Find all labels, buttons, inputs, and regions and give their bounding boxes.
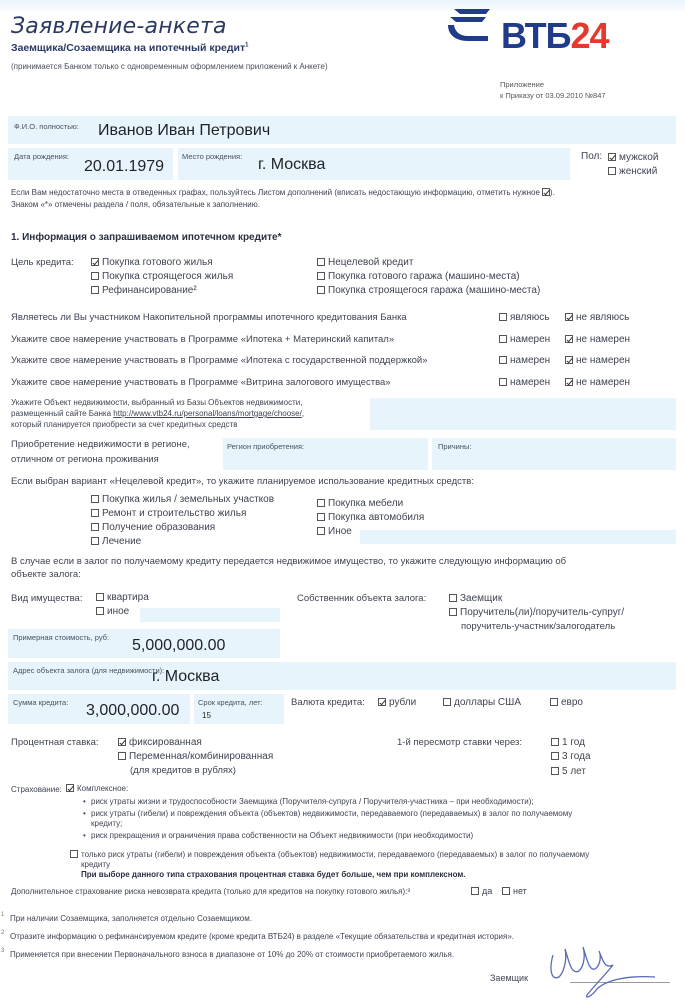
option-label: намерен	[510, 334, 550, 345]
insurance-bullet-continuation: кредиту;	[91, 819, 122, 828]
checkbox-icon[interactable]	[118, 752, 126, 760]
checkbox-icon[interactable]	[91, 495, 99, 503]
logo-text: ВТБ24	[501, 15, 609, 57]
purpose-option-5[interactable]: Покупка строящегося гаража (машино-места…	[317, 285, 540, 296]
collateral-text-1: В случае если в залог по получаемому кре…	[11, 556, 566, 567]
footnote-mark: 1	[1, 912, 4, 918]
purpose-label: Цель кредита:	[11, 257, 74, 268]
section-heading: 1. Информация о запрашиваемом ипотечном …	[11, 232, 281, 243]
option-label: фиксированная	[129, 737, 202, 748]
currency-label: Валюта кредита:	[291, 697, 365, 708]
option-label: рубли	[389, 697, 416, 708]
address-label: Адрес объекта залога (для недвижимости):	[13, 666, 164, 675]
logo-24: 24	[571, 15, 609, 56]
checkbox-icon[interactable]	[550, 698, 558, 706]
footnote-1: При наличии Созаемщика, заполняется отде…	[10, 914, 252, 923]
term-value: 15	[202, 711, 211, 720]
footnote-mark: 2	[1, 930, 4, 936]
region-label: Регион приобретения:	[227, 442, 304, 451]
review-option-1y[interactable]: 1 год	[551, 737, 585, 748]
form-title: Заявление-анкета	[11, 14, 227, 39]
checkbox-icon[interactable]	[91, 272, 99, 280]
nontarget-option-3[interactable]: Лечение	[91, 536, 141, 547]
checkbox-checked-icon[interactable]	[378, 698, 386, 706]
property-other-field[interactable]	[140, 608, 280, 622]
checkbox-icon[interactable]	[551, 752, 559, 760]
nontarget-option-1[interactable]: Ремонт и строительство жилья	[91, 508, 246, 519]
checkbox-icon[interactable]	[499, 313, 507, 321]
dob-field[interactable]: Дата рождения: 20.01.1979	[8, 148, 173, 180]
extra-no-option[interactable]: нет	[502, 886, 527, 896]
logo-vtb: ВТБ	[501, 15, 571, 56]
owner-guarantor-line2: поручитель-участник/залогодатель	[461, 621, 615, 632]
program-2-no[interactable]: не намерен	[565, 355, 630, 366]
currency-usd-option[interactable]: доллары США	[443, 697, 521, 708]
term-label: Срок кредита, лет:	[198, 698, 263, 707]
form-subtitle: Заемщика/Созаемщика на ипотечный кредит1	[11, 42, 248, 54]
program-3-yes[interactable]: намерен	[499, 377, 550, 388]
option-label: Рефинансирование²	[102, 285, 197, 296]
object-text-1: Укажите Объект недвижимости, выбранный и…	[11, 398, 302, 407]
footnote-3: Применяется при внесении Первоначального…	[10, 950, 454, 959]
cost-value: 5,000,000.00	[132, 637, 225, 655]
checkbox-icon[interactable]	[608, 167, 616, 175]
option-label: Лечение	[102, 536, 141, 547]
object-text-2: размещенный сайте Банка http://www.vtb24…	[11, 409, 304, 418]
owner-label: Собственник объекта залога:	[297, 593, 426, 604]
owner-guarantor-option[interactable]: Поручитель(ли)/поручитель-супруг/	[449, 607, 624, 618]
option-label: квартира	[107, 592, 149, 603]
cost-field[interactable]: Примерная стоимость, руб: 5,000,000.00	[8, 629, 280, 658]
review-option-3y[interactable]: 3 года	[551, 751, 591, 762]
checkbox-icon[interactable]	[91, 509, 99, 517]
option-label: Поручитель(ли)/поручитель-супруг/	[460, 607, 624, 618]
checkbox-icon[interactable]	[70, 850, 78, 858]
program-1-yes[interactable]: намерен	[499, 334, 550, 345]
pob-field[interactable]: Место рождения: г. Москва	[178, 148, 570, 180]
checkbox-icon[interactable]	[443, 698, 451, 706]
option-label: Покупка автомобиля	[328, 512, 424, 523]
program-question-1: Укажите свое намерение участвовать в Про…	[11, 334, 394, 345]
option-label: Заемщик	[460, 593, 502, 604]
checkbox-icon[interactable]	[449, 594, 457, 602]
checkbox-icon[interactable]	[317, 499, 325, 507]
checkbox-checked-icon[interactable]	[118, 738, 126, 746]
option-label: Иное	[328, 526, 352, 537]
checkbox-icon[interactable]	[91, 523, 99, 531]
nontarget-option-2[interactable]: Получение образования	[91, 522, 215, 533]
term-field[interactable]: Срок кредита, лет: 15	[194, 694, 284, 724]
object-field[interactable]	[370, 398, 676, 430]
checkbox-checked-icon[interactable]	[91, 258, 99, 266]
checkbox-icon[interactable]	[449, 608, 457, 616]
purpose-option-1[interactable]: Покупка строящегося жилья	[91, 271, 233, 282]
option-label: Покупка готового жилья	[102, 257, 213, 268]
footnote-mark: 3	[1, 948, 4, 954]
gender-female-label: женский	[619, 166, 657, 177]
checkbox-icon[interactable]	[551, 767, 559, 775]
region-text-2: отличном от региона проживания	[11, 454, 159, 465]
pob-value: г. Москва	[258, 156, 325, 174]
rate-variable-option[interactable]: Переменная/комбинированная	[118, 751, 273, 762]
rate-fixed-option[interactable]: фиксированная	[118, 737, 202, 748]
option-label: Покупка строящегося жилья	[102, 271, 233, 282]
rate-variable-note: (для кредитов в рублях)	[130, 765, 236, 776]
rate-label: Процентная ставка:	[11, 737, 99, 748]
amount-label: Сумма кредита:	[13, 698, 68, 707]
region-text-1: Приобретение недвижимости в регионе,	[11, 439, 190, 450]
insurance-label: Страхование:	[11, 785, 62, 794]
checkbox-checked-icon[interactable]	[66, 784, 74, 792]
purpose-option-2[interactable]: Рефинансирование²	[91, 285, 197, 296]
option-label: намерен	[510, 377, 550, 388]
option-label: Переменная/комбинированная	[129, 751, 273, 762]
option-label: Покупка строящегося гаража (машино-места…	[328, 285, 540, 296]
object-text-prefix: размещенный сайте Банка	[11, 409, 113, 418]
object-link[interactable]: http://www.vtb24.ru/personal/loans/mortg…	[113, 409, 302, 418]
form-note: (принимается Банком только с одновременн…	[11, 62, 328, 71]
program-question-0: Являетесь ли Вы участником Накопительной…	[11, 312, 407, 323]
fio-label: Ф.И.О. полностью:	[14, 122, 79, 131]
vtb24-logo: ВТБ24	[446, 3, 636, 58]
checkbox-icon[interactable]	[91, 286, 99, 294]
option-label: не являюсь	[576, 312, 629, 323]
collateral-text-2: объекте залога:	[11, 569, 81, 580]
nontarget-text: Если выбран вариант «Нецелевой кредит», …	[11, 476, 474, 487]
option-label: евро	[561, 697, 583, 708]
purpose-option-0[interactable]: Покупка готового жилья	[91, 257, 213, 268]
program-0-yes[interactable]: являюсь	[499, 312, 549, 323]
object-text-suffix: ,	[302, 409, 304, 418]
option-label: не намерен	[576, 334, 630, 345]
checkbox-icon[interactable]	[96, 593, 104, 601]
purpose-option-3[interactable]: Нецелевой кредит	[317, 257, 413, 268]
option-label: Получение образования	[102, 522, 215, 533]
option-label: доллары США	[454, 697, 521, 708]
help-text-line2: Знаком «*» отмечены раздела / поля, обяз…	[11, 200, 260, 209]
help-text-end: ).	[550, 188, 555, 197]
checkbox-icon[interactable]	[317, 258, 325, 266]
signature-label: Заемщик	[490, 973, 528, 983]
program-question-2: Укажите свое намерение участвовать в Про…	[11, 355, 428, 366]
dob-value: 20.01.1979	[84, 158, 164, 176]
option-label: только риск утраты (гибели) и повреждени…	[81, 850, 589, 859]
option-label: 3 года	[562, 751, 591, 762]
purpose-option-4[interactable]: Покупка готового гаража (машино-места)	[317, 271, 520, 282]
gender-male-option[interactable]: мужской	[608, 152, 658, 163]
checkbox-icon[interactable]	[551, 738, 559, 746]
checkbox-icon[interactable]	[317, 272, 325, 280]
appendix-line1: Приложение	[500, 79, 606, 90]
program-1-no[interactable]: не намерен	[565, 334, 630, 345]
option-label: не намерен	[576, 377, 630, 388]
address-field[interactable]: Адрес объекта залога (для недвижимости):…	[8, 662, 676, 690]
insurance-only-option[interactable]: только риск утраты (гибели) и повреждени…	[70, 850, 589, 859]
nontarget-other-field[interactable]	[360, 530, 676, 544]
checkbox-icon[interactable]	[317, 513, 325, 521]
checkbox-icon[interactable]	[96, 607, 104, 615]
checkbox-icon[interactable]	[317, 286, 325, 294]
option-label: иное	[107, 606, 129, 617]
insurance-only-line2: кредиту	[81, 860, 110, 869]
checkbox-checked-icon[interactable]	[608, 153, 616, 161]
object-text-3: который планируется приобрести за счет к…	[11, 420, 237, 429]
extra-insurance-label: Дополнительное страхование риска невозвр…	[11, 887, 410, 896]
option-label: намерен	[510, 355, 550, 366]
program-3-no[interactable]: не намерен	[565, 377, 630, 388]
option-label: являюсь	[510, 312, 549, 323]
property-type-label: Вид имущества:	[11, 593, 82, 604]
region-field[interactable]: Регион приобретения:	[223, 438, 428, 470]
gender-male-label: мужской	[619, 152, 658, 163]
program-2-yes[interactable]: намерен	[499, 355, 550, 366]
gender-female-option[interactable]: женский	[608, 166, 657, 177]
currency-eur-option[interactable]: евро	[550, 697, 583, 708]
nontarget-option-6[interactable]: Иное	[317, 526, 352, 537]
checkbox-icon[interactable]	[471, 887, 479, 895]
program-question-3: Укажите свое намерение участвовать в Про…	[11, 377, 391, 388]
help-text: Если Вам недостаточно места в отведенных…	[11, 188, 540, 197]
amount-field[interactable]: Сумма кредита: 3,000,000.00	[8, 694, 190, 724]
option-label: Покупка жилья / земельных участков	[102, 494, 274, 505]
fio-field[interactable]: Ф.И.О. полностью: Иванов Иван Петрович	[8, 116, 676, 144]
review-option-5y[interactable]: 5 лет	[551, 766, 586, 777]
vtb-logo-icon	[446, 5, 496, 45]
option-label: 1 год	[562, 737, 585, 748]
option-label: Покупка готового гаража (машино-места)	[328, 271, 520, 282]
review-label: 1-й пересмотр ставки через:	[397, 737, 522, 748]
checkbox-icon[interactable]	[502, 887, 510, 895]
program-0-no[interactable]: не являюсь	[565, 312, 629, 323]
option-label: нет	[513, 886, 527, 896]
help-text-line1: Если Вам недостаточно места в отведенных…	[11, 188, 555, 197]
option-label: Нецелевой кредит	[328, 257, 413, 268]
checkbox-icon[interactable]	[317, 527, 325, 535]
owner-borrower-option[interactable]: Заемщик	[449, 593, 502, 604]
appendix-note: Приложение к Приказу от 03.09.2010 №847	[500, 79, 606, 101]
appendix-line2: к Приказу от 03.09.2010 №847	[500, 90, 606, 101]
checkbox-icon[interactable]	[91, 537, 99, 545]
fio-value: Иванов Иван Петрович	[98, 122, 270, 140]
amount-value: 3,000,000.00	[86, 702, 179, 720]
footnote-ref: 1	[245, 43, 248, 49]
checkbox-checked-icon[interactable]	[565, 378, 573, 386]
option-label: да	[482, 886, 492, 896]
checkbox-checked-icon	[542, 188, 550, 196]
extra-yes-option[interactable]: да	[471, 886, 492, 896]
option-label: Комплексное:	[77, 784, 128, 793]
reasons-label: Причины:	[438, 442, 471, 451]
option-label: 5 лет	[562, 766, 586, 777]
nontarget-option-4[interactable]: Покупка мебели	[317, 498, 403, 509]
footnote-2: Отразите информацию о рефинансируемом кр…	[10, 932, 514, 941]
checkbox-icon[interactable]	[499, 378, 507, 386]
property-flat-option[interactable]: квартира	[96, 592, 149, 603]
gender-label: Пол:	[581, 151, 602, 162]
option-label: не намерен	[576, 355, 630, 366]
insurance-complex-option[interactable]: Комплексное:	[66, 784, 128, 793]
checkbox-icon[interactable]	[499, 356, 507, 364]
pob-label: Место рождения:	[182, 152, 242, 161]
cost-label: Примерная стоимость, руб:	[13, 633, 109, 642]
checkbox-icon[interactable]	[499, 335, 507, 343]
reasons-field[interactable]: Причины:	[432, 438, 676, 470]
nontarget-option-0[interactable]: Покупка жилья / земельных участков	[91, 494, 274, 505]
option-label: Покупка мебели	[328, 498, 403, 509]
subtitle-text: Заемщика/Созаемщика на ипотечный кредит	[11, 42, 245, 54]
checkbox-checked-icon[interactable]	[565, 313, 573, 321]
option-label: Ремонт и строительство жилья	[102, 508, 246, 519]
insurance-bullet: риск утраты жизни и трудоспособности Зае…	[91, 797, 534, 807]
property-other-option[interactable]: иное	[96, 606, 129, 617]
address-value: г. Москва	[152, 668, 219, 686]
signature-icon	[535, 935, 675, 1003]
checkbox-checked-icon[interactable]	[565, 356, 573, 364]
insurance-bullet: риск прекращения и ограничения права соб…	[91, 831, 473, 841]
currency-rub-option[interactable]: рубли	[378, 697, 416, 708]
dob-label: Дата рождения:	[14, 152, 69, 161]
insurance-warning: При выборе данного типа страхования проц…	[81, 870, 466, 879]
insurance-bullet: риск утраты (гибели) и повреждения объек…	[91, 809, 572, 819]
nontarget-option-5[interactable]: Покупка автомобиля	[317, 512, 424, 523]
checkbox-checked-icon[interactable]	[565, 335, 573, 343]
